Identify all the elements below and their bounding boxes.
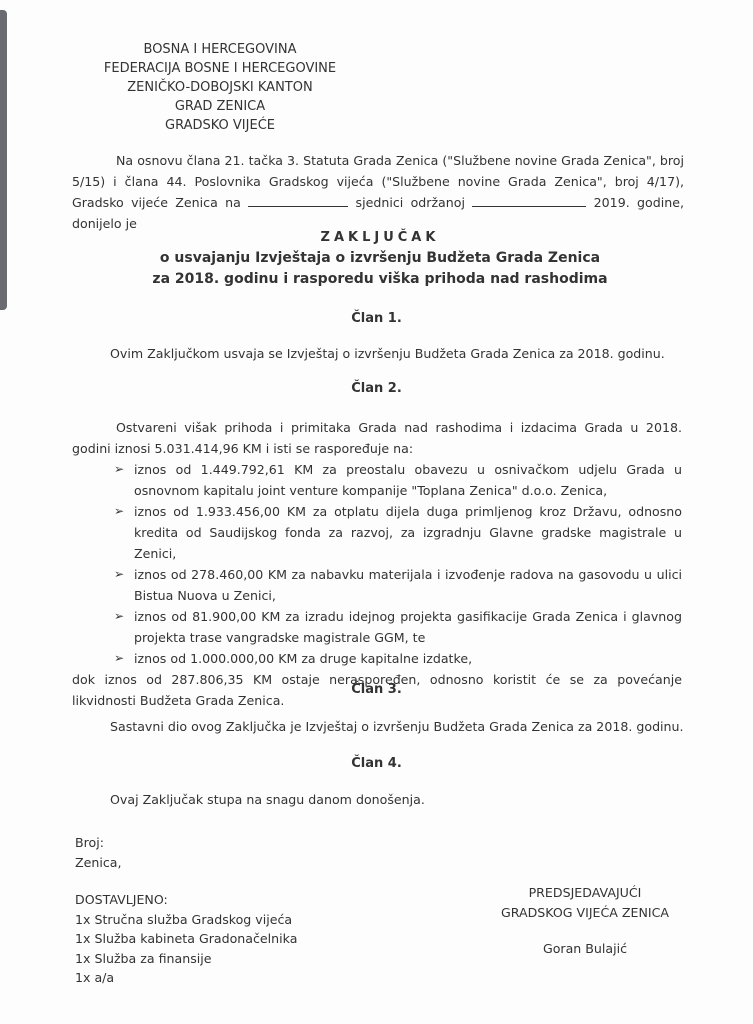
title-sub-1: o usvajanju Izvještaja o izvršenju Budže… [150, 248, 610, 269]
article-1-text: Ovim Zaključkom usvaja se Izvještaj o iz… [110, 343, 710, 364]
list-item-text: iznos od 278.460,00 KM za nabavku materi… [134, 567, 682, 603]
article-3-text: Sastavni dio ovog Zaključka je Izvještaj… [110, 716, 710, 737]
list-item: ➢iznos od 81.900,00 KM za izradu idejnog… [114, 606, 682, 648]
title-sub-2: za 2018. godinu i rasporedu viška prihod… [150, 269, 610, 290]
signature-block: PREDSJEDAVAJUĆI GRADSKOG VIJEĆA ZENICA G… [470, 883, 700, 959]
article-1-heading: Član 1. [0, 311, 753, 326]
list-item: ➢iznos od 1.449.792,61 KM za preostalu o… [114, 459, 682, 501]
document-header: BOSNA I HERCEGOVINA FEDERACIJA BOSNE I H… [80, 40, 360, 135]
title-main: ZAKLJUČAK [150, 228, 610, 248]
list-item-text: iznos od 1.933.456,00 KM za otplatu dije… [134, 504, 682, 561]
article-4-text: Ovaj Zaključak stupa na snagu danom dono… [110, 789, 710, 810]
header-line: ZENIČKO-DOBOJSKI KANTON [80, 78, 360, 97]
article-2-intro: Ostvareni višak prihoda i primitaka Grad… [72, 417, 682, 459]
date-blank [472, 194, 586, 207]
arrow-bullet-icon: ➢ [114, 648, 124, 669]
signature-name: Goran Bulajić [470, 939, 700, 959]
article-3-heading: Član 3. [0, 682, 753, 697]
footer-left: Broj: Zenica, DOSTAVLJENO: 1x Stručna sl… [75, 833, 297, 988]
article-2-heading: Član 2. [0, 381, 753, 396]
session-blank [248, 194, 348, 207]
header-line: FEDERACIJA BOSNE I HERCEGOVINE [80, 59, 360, 78]
list-item: ➢iznos od 1.000.000,00 KM za druge kapit… [114, 648, 682, 669]
arrow-bullet-icon: ➢ [114, 501, 124, 522]
article-2-body: Ostvareni višak prihoda i primitaka Grad… [72, 417, 682, 711]
place-label: Zenica, [75, 853, 297, 873]
recipient: 1x a/a [75, 968, 297, 988]
recipient: 1x Služba kabineta Gradonačelnika [75, 929, 297, 949]
list-item-text: iznos od 1.000.000,00 KM za druge kapita… [134, 651, 472, 666]
list-item: ➢iznos od 278.460,00 KM za nabavku mater… [114, 564, 682, 606]
document-title: ZAKLJUČAK o usvajanju Izvještaja o izvrš… [150, 228, 610, 290]
header-line: BOSNA I HERCEGOVINA [80, 40, 360, 59]
intro-text-2: sjednici održanoj [356, 195, 465, 210]
header-line: GRAD ZENICA [80, 97, 360, 116]
recipient: 1x Služba za finansije [75, 949, 297, 969]
dostavljeno-label: DOSTAVLJENO: [75, 890, 297, 910]
list-item-text: iznos od 81.900,00 KM za izradu idejnog … [134, 609, 682, 645]
signature-title-2: GRADSKOG VIJEĆA ZENICA [470, 903, 700, 923]
intro-paragraph: Na osnovu člana 21. tačka 3. Statuta Gra… [72, 150, 684, 234]
arrow-bullet-icon: ➢ [114, 564, 124, 585]
allocation-list: ➢iznos od 1.449.792,61 KM za preostalu o… [72, 459, 682, 669]
signature-title-1: PREDSJEDAVAJUĆI [470, 883, 700, 903]
scrollbar[interactable] [0, 10, 7, 310]
arrow-bullet-icon: ➢ [114, 459, 124, 480]
list-item-text: iznos od 1.449.792,61 KM za preostalu ob… [134, 462, 682, 498]
broj-label: Broj: [75, 833, 297, 853]
recipient: 1x Stručna služba Gradskog vijeća [75, 910, 297, 930]
header-line: GRADSKO VIJEĆE [80, 116, 360, 135]
arrow-bullet-icon: ➢ [114, 606, 124, 627]
list-item: ➢iznos od 1.933.456,00 KM za otplatu dij… [114, 501, 682, 564]
article-4-heading: Član 4. [0, 756, 753, 771]
